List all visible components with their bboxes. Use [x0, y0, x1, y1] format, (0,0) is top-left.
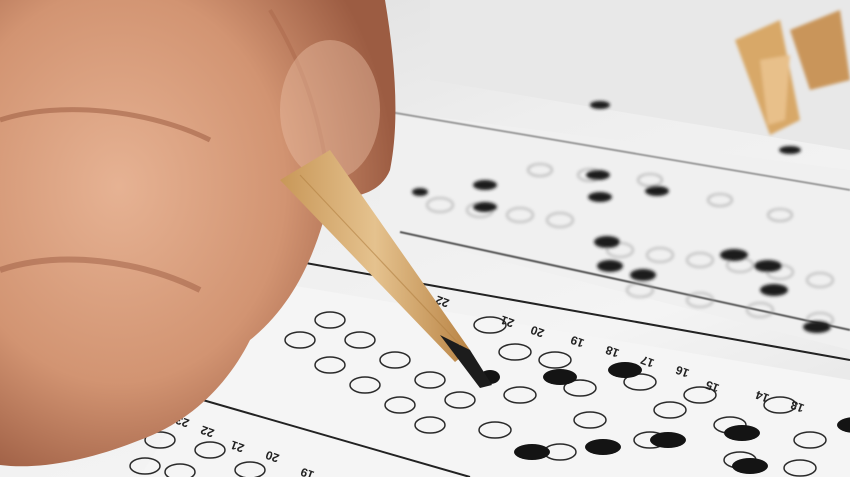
photo-scene: 22 21 20 19 18 17 16 15 14 13 23 22 21 2…: [0, 0, 850, 477]
answer-sheet-photo: 22 21 20 19 18 17 16 15 14 13 23 22 21 2…: [0, 0, 850, 477]
